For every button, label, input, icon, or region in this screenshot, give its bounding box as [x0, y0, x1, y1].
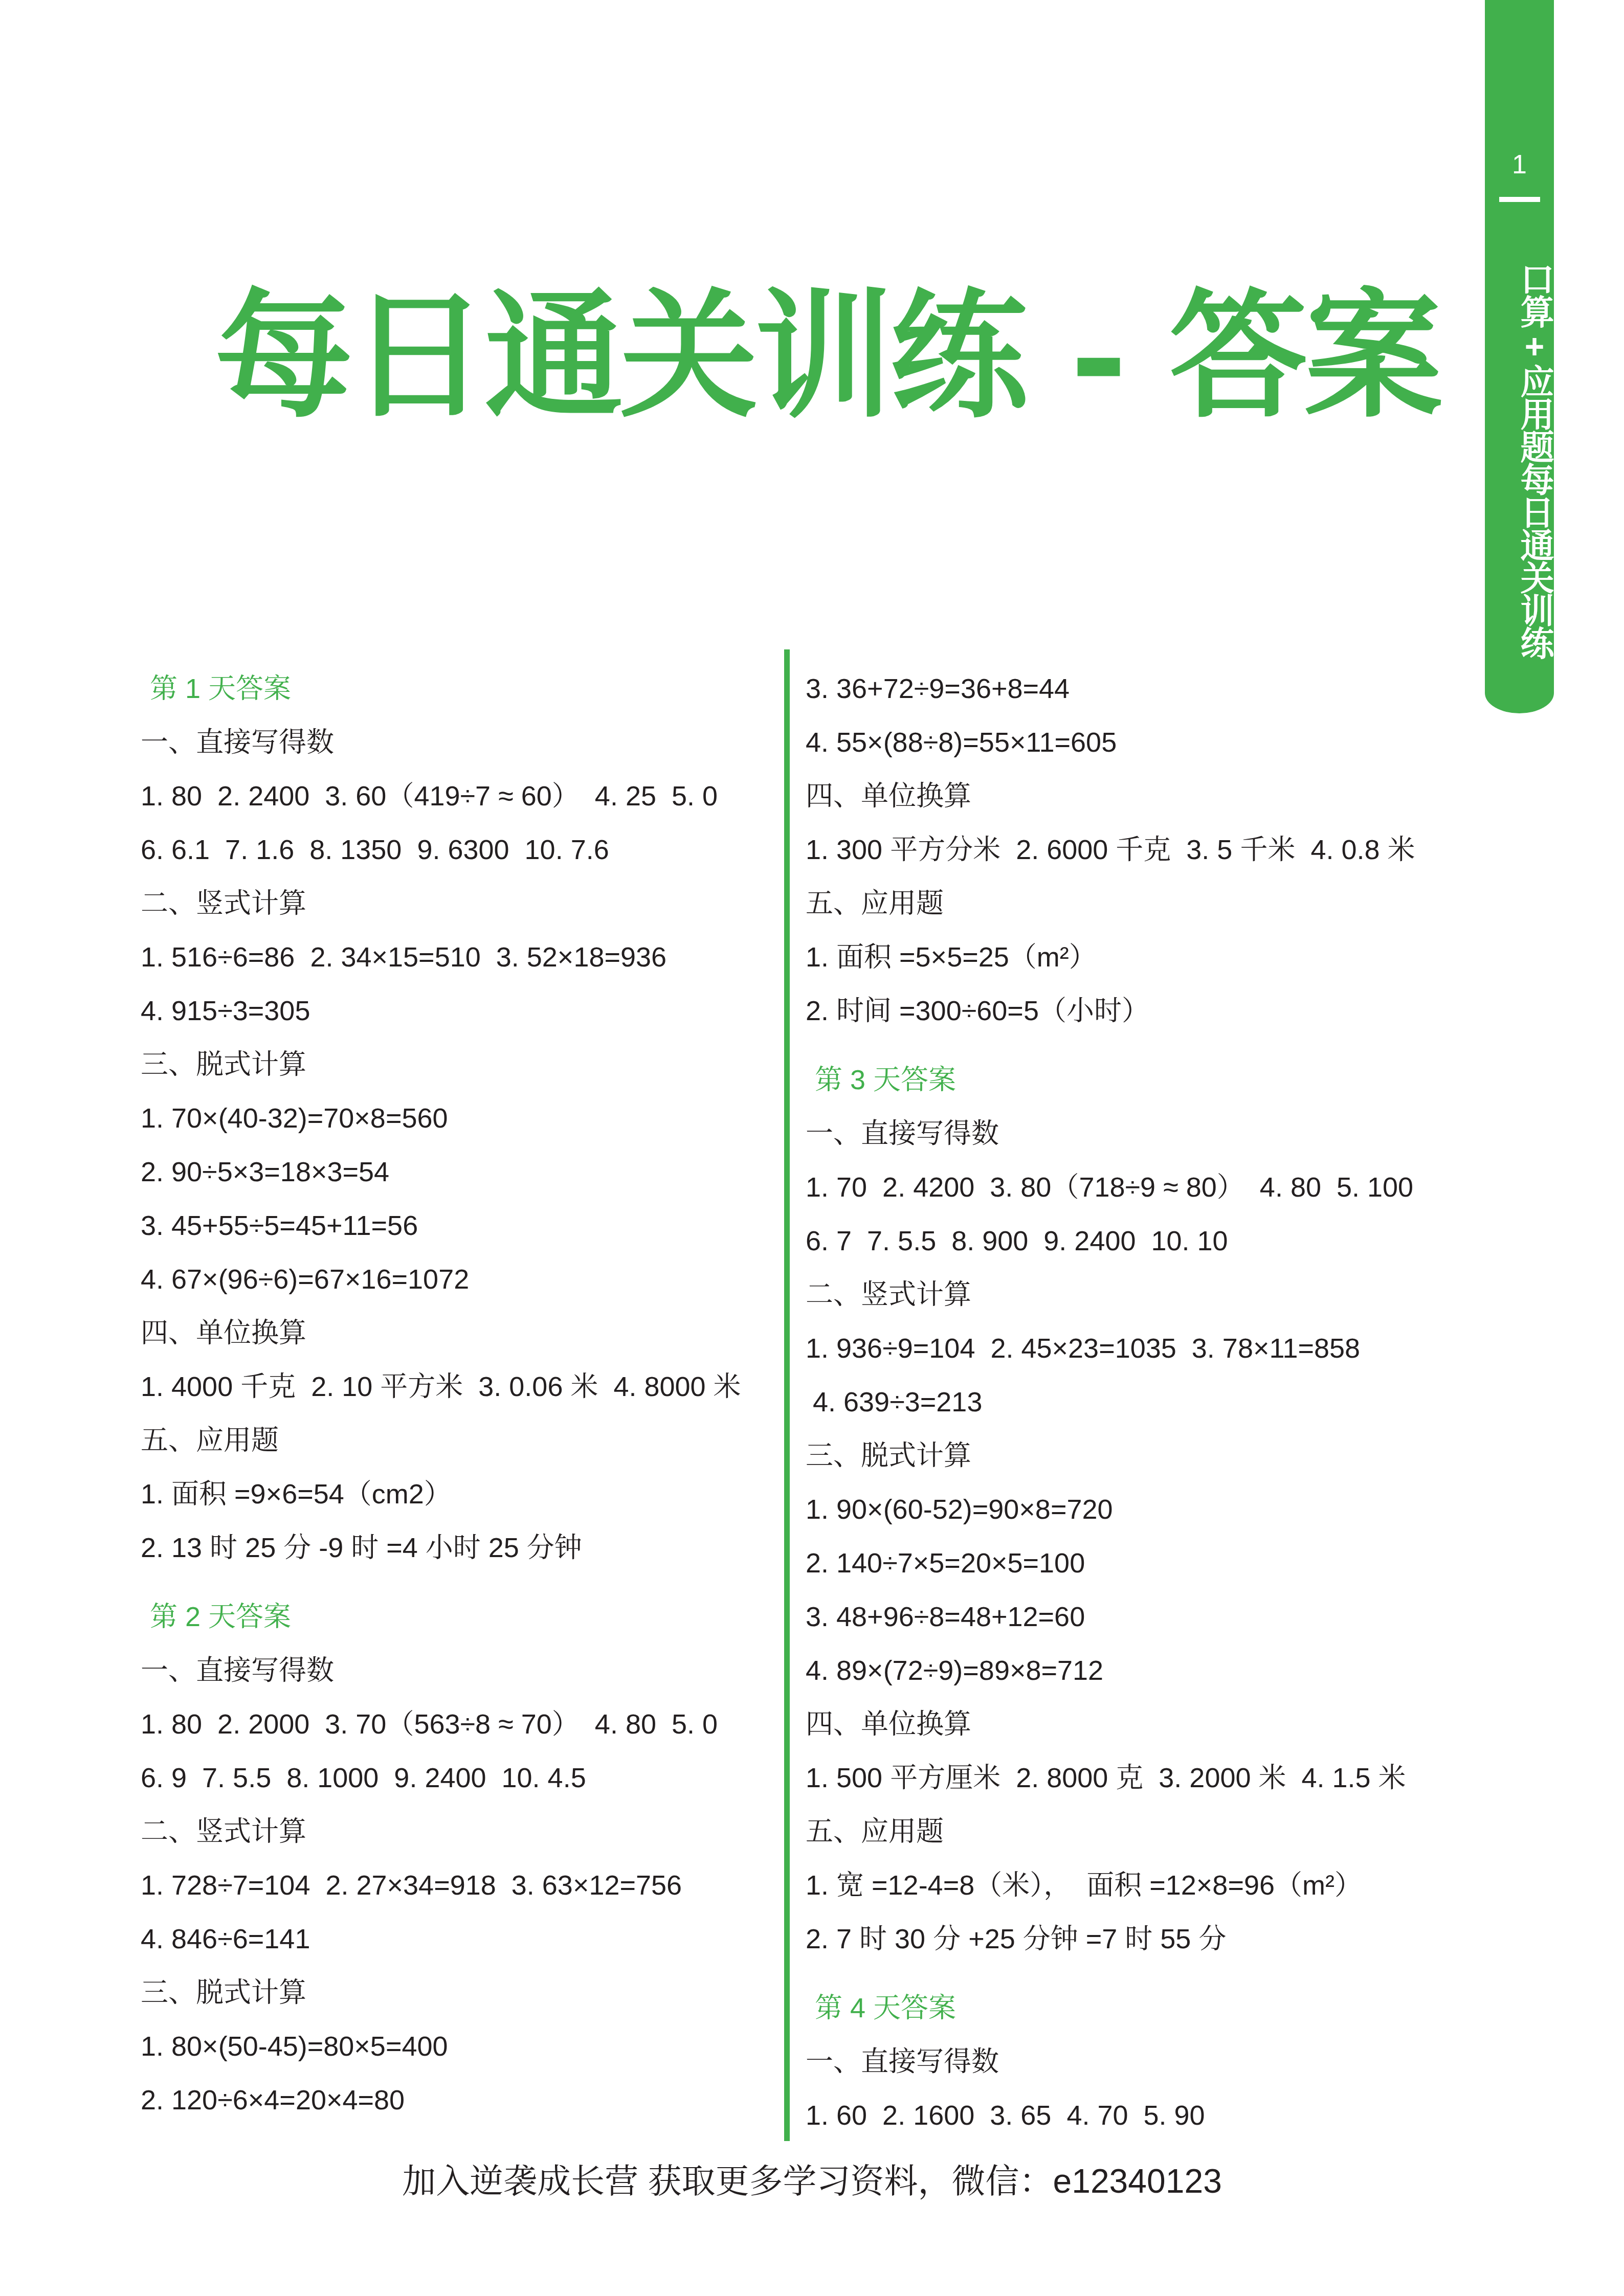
section-title: 二、竖式计算	[806, 1268, 1445, 1322]
answer-line: 1. 80 2. 2000 3. 70（563÷8 ≈ 70） 4. 80 5.…	[141, 1698, 780, 1751]
answer-line: 2. 140÷7×5=20×5=100	[806, 1537, 1445, 1590]
side-tab: 1 口算+应用题每日通关训练	[1485, 0, 1554, 713]
answer-line: 2. 时间 =300÷60=5（小时）	[806, 984, 1445, 1038]
side-tab-divider	[1499, 197, 1540, 202]
answer-line: 4. 67×(96÷6)=67×16=1072	[141, 1253, 780, 1307]
section-title: 一、直接写得数	[141, 1644, 780, 1698]
footer-promo-text: 加入逆袭成长营 获取更多学习资料，微信：e12340123	[0, 2160, 1624, 2201]
side-tab-label: 口算+应用题每日通关训练	[1485, 215, 1554, 706]
answer-line: 2. 120÷6×4=20×4=80	[141, 2074, 780, 2127]
answer-line: 1. 936÷9=104 2. 45×23=1035 3. 78×11=858	[806, 1322, 1445, 1376]
answer-line: 1. 300 平方分米 2. 6000 千克 3. 5 千米 4. 0.8 米	[806, 823, 1445, 877]
answer-line: 4. 55×(88÷8)=55×11=605	[806, 716, 1445, 770]
answer-line: 4. 639÷3=213	[806, 1376, 1445, 1429]
answer-line: 6. 9 7. 5.5 8. 1000 9. 2400 10. 4.5	[141, 1751, 780, 1805]
section-title: 一、直接写得数	[806, 2035, 1445, 2089]
answer-line: 6. 7 7. 5.5 8. 900 9. 2400 10. 10	[806, 1214, 1445, 1268]
section-title: 五、应用题	[141, 1414, 780, 1468]
answer-line: 2. 13 时 25 分 -9 时 =4 小时 25 分钟	[141, 1521, 780, 1575]
day-header: 第 1 天答案	[141, 662, 780, 716]
answer-line: 1. 516÷6=86 2. 34×15=510 3. 52×18=936	[141, 931, 780, 984]
section-title: 四、单位换算	[806, 1698, 1445, 1751]
section-title: 三、脱式计算	[806, 1429, 1445, 1483]
answer-line: 6. 6.1 7. 1.6 8. 1350 9. 6300 10. 7.6	[141, 823, 780, 877]
answer-line: 1. 500 平方厘米 2. 8000 克 3. 2000 米 4. 1.5 米	[806, 1751, 1445, 1805]
answer-line: 1. 面积 =5×5=25（m²）	[806, 931, 1445, 984]
section-title: 五、应用题	[806, 1805, 1445, 1859]
answer-line: 1. 90×(60-52)=90×8=720	[806, 1483, 1445, 1537]
side-tab-number: 1	[1485, 149, 1554, 180]
answer-line: 1. 60 2. 1600 3. 65 4. 70 5. 90	[806, 2089, 1445, 2143]
answer-line: 1. 面积 =9×6=54（cm2）	[141, 1468, 780, 1521]
column-divider	[784, 649, 790, 2141]
section-title: 五、应用题	[806, 877, 1445, 931]
day-header: 第 2 天答案	[141, 1590, 780, 1644]
answer-line: 1. 70×(40-32)=70×8=560	[141, 1092, 780, 1145]
day-header: 第 4 天答案	[806, 1982, 1445, 2035]
spacer	[141, 1575, 780, 1590]
answer-line: 4. 846÷6=141	[141, 1912, 780, 1966]
answer-line: 1. 宽 =12-4=8（米）， 面积 =12×8=96（m²）	[806, 1859, 1445, 1912]
answer-line: 4. 915÷3=305	[141, 984, 780, 1038]
answer-line: 1. 4000 千克 2. 10 平方米 3. 0.06 米 4. 8000 米	[141, 1360, 780, 1414]
spacer	[806, 1966, 1445, 1982]
answer-line: 1. 80×(50-45)=80×5=400	[141, 2020, 780, 2074]
answer-line: 3. 36+72÷9=36+8=44	[806, 662, 1445, 716]
section-title: 四、单位换算	[806, 770, 1445, 823]
answer-line: 1. 80 2. 2400 3. 60（419÷7 ≈ 60） 4. 25 5.…	[141, 770, 780, 823]
left-column: 第 1 天答案 一、直接写得数 1. 80 2. 2400 3. 60（419÷…	[141, 662, 780, 2127]
right-column: 3. 36+72÷9=36+8=44 4. 55×(88÷8)=55×11=60…	[806, 662, 1445, 2143]
section-title: 三、脱式计算	[141, 1966, 780, 2020]
answer-line: 2. 90÷5×3=18×3=54	[141, 1145, 780, 1199]
section-title: 二、竖式计算	[141, 1805, 780, 1859]
answer-line: 4. 89×(72÷9)=89×8=712	[806, 1644, 1445, 1698]
section-title: 四、单位换算	[141, 1307, 780, 1360]
section-title: 二、竖式计算	[141, 877, 780, 931]
spacer	[806, 1038, 1445, 1053]
answer-line: 3. 48+96÷8=48+12=60	[806, 1590, 1445, 1644]
day-header: 第 3 天答案	[806, 1053, 1445, 1107]
page-title: 每日通关训练 - 答案	[215, 279, 1391, 432]
answer-line: 2. 7 时 30 分 +25 分钟 =7 时 55 分	[806, 1912, 1445, 1966]
answer-line: 1. 728÷7=104 2. 27×34=918 3. 63×12=756	[141, 1859, 780, 1912]
answer-line: 1. 70 2. 4200 3. 80（718÷9 ≈ 80） 4. 80 5.…	[806, 1161, 1445, 1214]
section-title: 一、直接写得数	[141, 716, 780, 770]
section-title: 三、脱式计算	[141, 1038, 780, 1092]
section-title: 一、直接写得数	[806, 1107, 1445, 1161]
answer-line: 3. 45+55÷5=45+11=56	[141, 1199, 780, 1253]
